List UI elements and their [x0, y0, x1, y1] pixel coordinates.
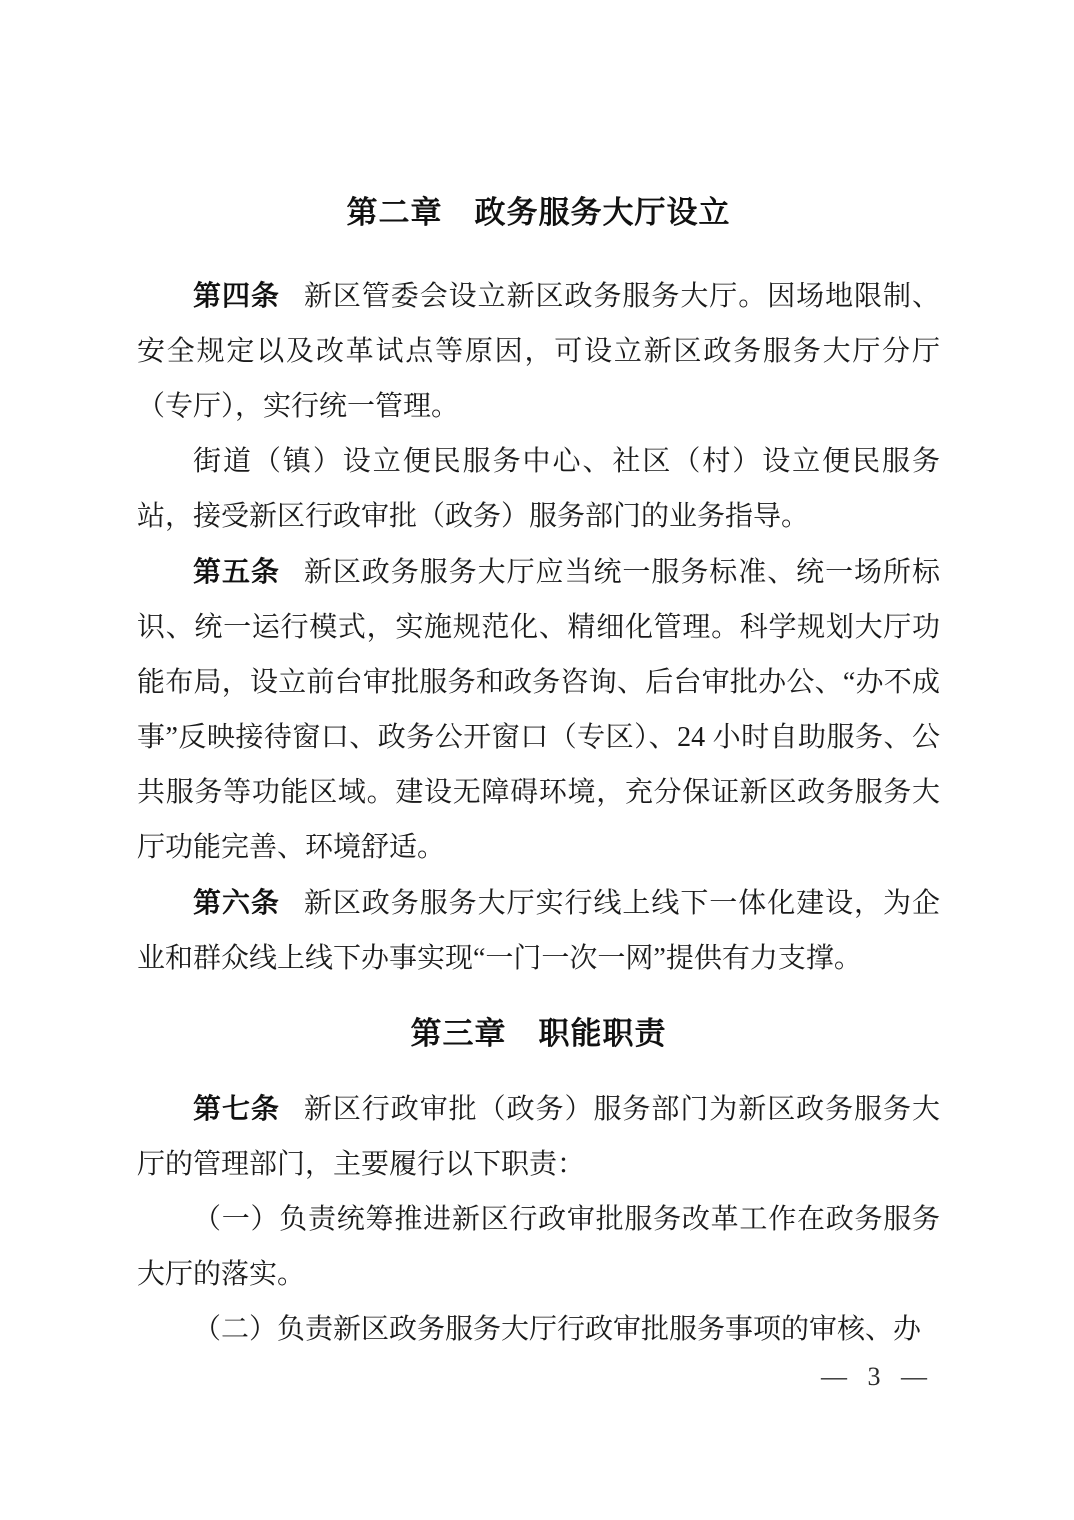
article-5-label: 第五条 [193, 556, 280, 587]
chapter-2-heading: 第二章 政务服务大厅设立 [137, 185, 940, 240]
article-4-paragraph: 第四条新区管委会设立新区政务服务大厅。因场地限制、安全规定以及改革试点等原因，可… [137, 268, 940, 434]
article-6-paragraph: 第六条新区政务服务大厅实行线上线下一体化建设，为企业和群众线上线下办事实现“一门… [137, 875, 940, 986]
document-page: 第二章 政务服务大厅设立 第四条新区管委会设立新区政务服务大厅。因场地限制、安全… [0, 0, 1074, 1520]
duty-item-2-text: （二）负责新区政务服务大厅行政审批服务事项的审核、办 [193, 1314, 921, 1345]
page-number: — 3 — [821, 1362, 934, 1392]
article-5-paragraph: 第五条新区政务服务大厅应当统一服务标准、统一场所标识、统一运行模式，实施规范化、… [137, 544, 940, 875]
article-4-label: 第四条 [193, 280, 280, 311]
article-7-paragraph: 第七条新区行政审批（政务）服务部门为新区政务服务大厅的管理部门，主要履行以下职责… [137, 1081, 940, 1192]
duty-item-2-paragraph: （二）负责新区政务服务大厅行政审批服务事项的审核、办 [137, 1302, 940, 1357]
street-services-paragraph: 街道（镇）设立便民服务中心、社区（村）设立便民服务站，接受新区行政审批（政务）服… [137, 434, 940, 544]
duty-item-1-text: （一）负责统筹推进新区行政审批服务改革工作在政务服务大厅的落实。 [137, 1204, 940, 1290]
article-7-label: 第七条 [193, 1093, 280, 1124]
article-5-text: 新区政务服务大厅应当统一服务标准、统一场所标识、统一运行模式，实施规范化、精细化… [137, 557, 940, 863]
chapter-3-heading: 第三章 职能职责 [137, 1006, 940, 1061]
duty-item-1-paragraph: （一）负责统筹推进新区行政审批服务改革工作在政务服务大厅的落实。 [137, 1192, 940, 1302]
article-6-label: 第六条 [193, 887, 280, 918]
street-services-text: 街道（镇）设立便民服务中心、社区（村）设立便民服务站，接受新区行政审批（政务）服… [137, 446, 940, 532]
